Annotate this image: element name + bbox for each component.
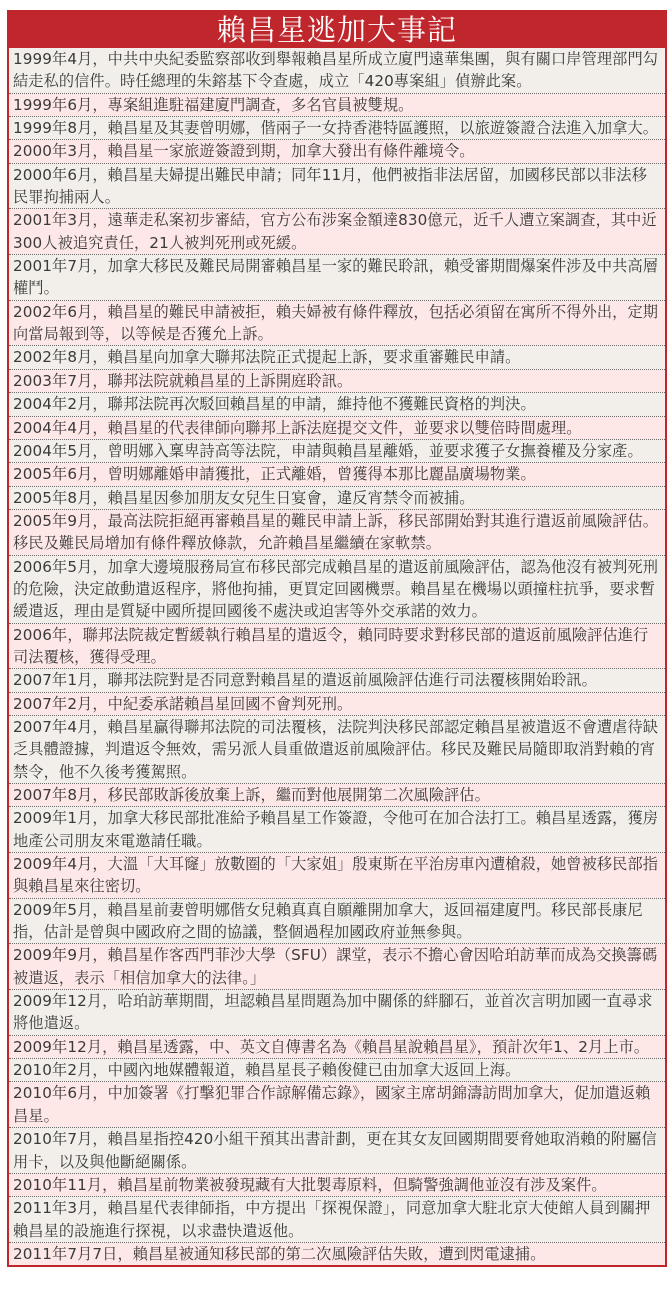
timeline-entry: 2001年3月，遠華走私案初步審結，官方公布涉案金額達830億元，近千人遭立案調… bbox=[9, 209, 665, 255]
timeline-entry: 2006年，聯邦法院裁定暫緩執行賴昌星的遣返令，賴同時要求對移民部的遣返前風險評… bbox=[9, 624, 665, 670]
timeline-entry: 2009年5月，賴昌星前妻曾明娜偕女兒賴真真自願離開加拿大，返回福建廈門。移民部… bbox=[9, 899, 665, 945]
timeline-entry: 2009年12月，哈珀訪華期間，坦認賴昌星問題為加中關係的絆腳石，並首次言明加國… bbox=[9, 990, 665, 1036]
timeline-entry: 2004年2月，聯邦法院再次駁回賴昌星的申請，維持他不獲難民資格的判決。 bbox=[9, 393, 665, 416]
timeline-entry: 2003年7月，聯邦法院就賴昌星的上訴開庭聆訊。 bbox=[9, 370, 665, 393]
timeline-entry: 2010年2月，中國內地媒體報道，賴昌星長子賴俊健已由加拿大返回上海。 bbox=[9, 1059, 665, 1082]
timeline-entry: 2009年12月，賴昌星透露，中、英文自傳書名為《賴昌星說賴昌星》，預計次年1、… bbox=[9, 1036, 665, 1059]
timeline-entry: 2005年8月，賴昌星因參加朋友女兒生日宴會，違反宵禁令而被捕。 bbox=[9, 487, 665, 510]
timeline-entry: 2007年8月，移民部敗訴後放棄上訴，繼而對他展開第二次風險評估。 bbox=[9, 784, 665, 807]
timeline-list: 1999年4月，中共中央紀委監察部收到舉報賴昌星所成立廈門遠華集團，與有關口岸管… bbox=[9, 48, 665, 1265]
header-banner: 賴昌星逃加大事記 bbox=[9, 12, 665, 48]
timeline-entry: 2000年3月，賴昌星一家旅遊簽證到期，加拿大發出有條件離境令。 bbox=[9, 140, 665, 163]
timeline-box: 賴昌星逃加大事記 1999年4月，中共中央紀委監察部收到舉報賴昌星所成立廈門遠華… bbox=[7, 10, 667, 1267]
timeline-entry: 2002年6月，賴昌星的難民申請被拒，賴夫婦被有條件釋放，包括必須留在寓所不得外… bbox=[9, 301, 665, 347]
timeline-entry: 2009年1月，加拿大移民部批准給予賴昌星工作簽證，令他可在加合法打工。賴昌星透… bbox=[9, 807, 665, 853]
timeline-entry: 1999年6月，專案組進駐福建廈門調查，多名官員被雙規。 bbox=[9, 94, 665, 117]
page-title: 賴昌星逃加大事記 bbox=[217, 12, 457, 48]
timeline-entry: 2010年6月，中加簽署《打擊犯罪合作諒解備忘錄》，國家主席胡錦濤訪問加拿大，促… bbox=[9, 1082, 665, 1128]
timeline-entry: 2007年1月，聯邦法院對是否同意對賴昌星的遣返前風險評估進行司法覆核開始聆訊。 bbox=[9, 669, 665, 692]
timeline-entry: 1999年4月，中共中央紀委監察部收到舉報賴昌星所成立廈門遠華集團，與有關口岸管… bbox=[9, 48, 665, 94]
timeline-entry: 2004年5月，曾明娜入稟卑詩高等法院，申請與賴昌星離婚，並要求獲子女撫養權及分… bbox=[9, 440, 665, 463]
timeline-entry: 2004年4月，賴昌星的代表律師向聯邦上訴法庭提交文件，並要求以雙倍時間處理。 bbox=[9, 417, 665, 440]
timeline-entry: 2007年4月，賴昌星贏得聯邦法院的司法覆核，法院判決移民部認定賴昌星被遣返不會… bbox=[9, 716, 665, 784]
timeline-entry: 2000年6月，賴昌星夫婦提出難民申請；同年11月，他們被指非法居留，加國移民部… bbox=[9, 164, 665, 210]
timeline-entry: 2009年4月，大溫「大耳窿」放數圈的「大家姐」殷東斯在平治房車內遭槍殺，她曾被… bbox=[9, 853, 665, 899]
timeline-entry: 2005年6月，曾明娜離婚申請獲批，正式離婚，曾獲得本那比麗晶廣場物業。 bbox=[9, 463, 665, 486]
timeline-entry: 2011年7月7日，賴昌星被通知移民部的第二次風險評估失敗，遭到閃電逮捕。 bbox=[9, 1243, 665, 1265]
timeline-entry: 2005年9月，最高法院拒絕再審賴昌星的難民申請上訴，移民部開始對其進行遣返前風… bbox=[9, 510, 665, 556]
timeline-entry: 2006年5月，加拿大邊境服務局宣布移民部完成賴昌星的遣返前風險評估，認為他沒有… bbox=[9, 556, 665, 624]
timeline-entry: 2010年7月，賴昌星指控420小組干預其出書計劃，更在其女友回國期間要脅她取消… bbox=[9, 1128, 665, 1174]
timeline-entry: 2007年2月，中紀委承諾賴昌星回國不會判死刑。 bbox=[9, 693, 665, 716]
timeline-entry: 2002年8月，賴昌星向加拿大聯邦法院正式提起上訴，要求重審難民申請。 bbox=[9, 346, 665, 369]
timeline-entry: 2009年9月，賴昌星作客西門菲沙大學（SFU）課堂，表示不擔心會因哈珀訪華而成… bbox=[9, 944, 665, 990]
timeline-entry: 2011年3月，賴昌星代表律師指，中方提出「探視保證」，同意加拿大駐北京大使館人… bbox=[9, 1197, 665, 1243]
timeline-entry: 1999年8月，賴昌星及其妻曾明娜，偕兩子一女持香港特區護照，以旅遊簽證合法進入… bbox=[9, 117, 665, 140]
timeline-entry: 2010年11月，賴昌星前物業被發現藏有大批製毒原料，但騎警強調他並沒有涉及案件… bbox=[9, 1174, 665, 1197]
timeline-entry: 2001年7月，加拿大移民及難民局開審賴昌星一家的難民聆訊，賴受審期間爆案件涉及… bbox=[9, 255, 665, 301]
